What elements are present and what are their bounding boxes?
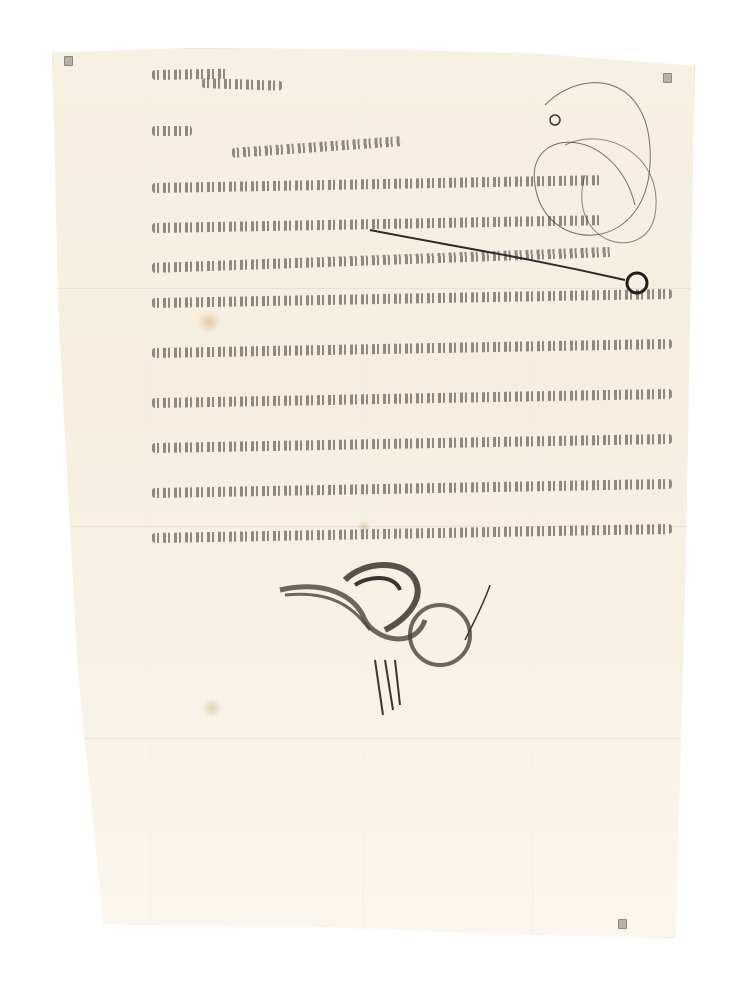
script-line bbox=[152, 434, 672, 453]
stain bbox=[202, 698, 222, 718]
script-line bbox=[202, 78, 282, 91]
pin-mark bbox=[92, 908, 101, 918]
script-line bbox=[232, 136, 402, 158]
fold-line bbox=[149, 48, 151, 938]
fold-line bbox=[52, 738, 695, 740]
tughra-monogram bbox=[275, 560, 495, 720]
script-line bbox=[152, 479, 672, 498]
pin-mark bbox=[618, 919, 627, 929]
script-line bbox=[152, 126, 192, 136]
pin-mark bbox=[64, 56, 73, 66]
stain bbox=[197, 310, 221, 334]
script-line bbox=[152, 389, 672, 408]
script-line bbox=[152, 339, 672, 358]
seal-stroke bbox=[365, 225, 685, 305]
